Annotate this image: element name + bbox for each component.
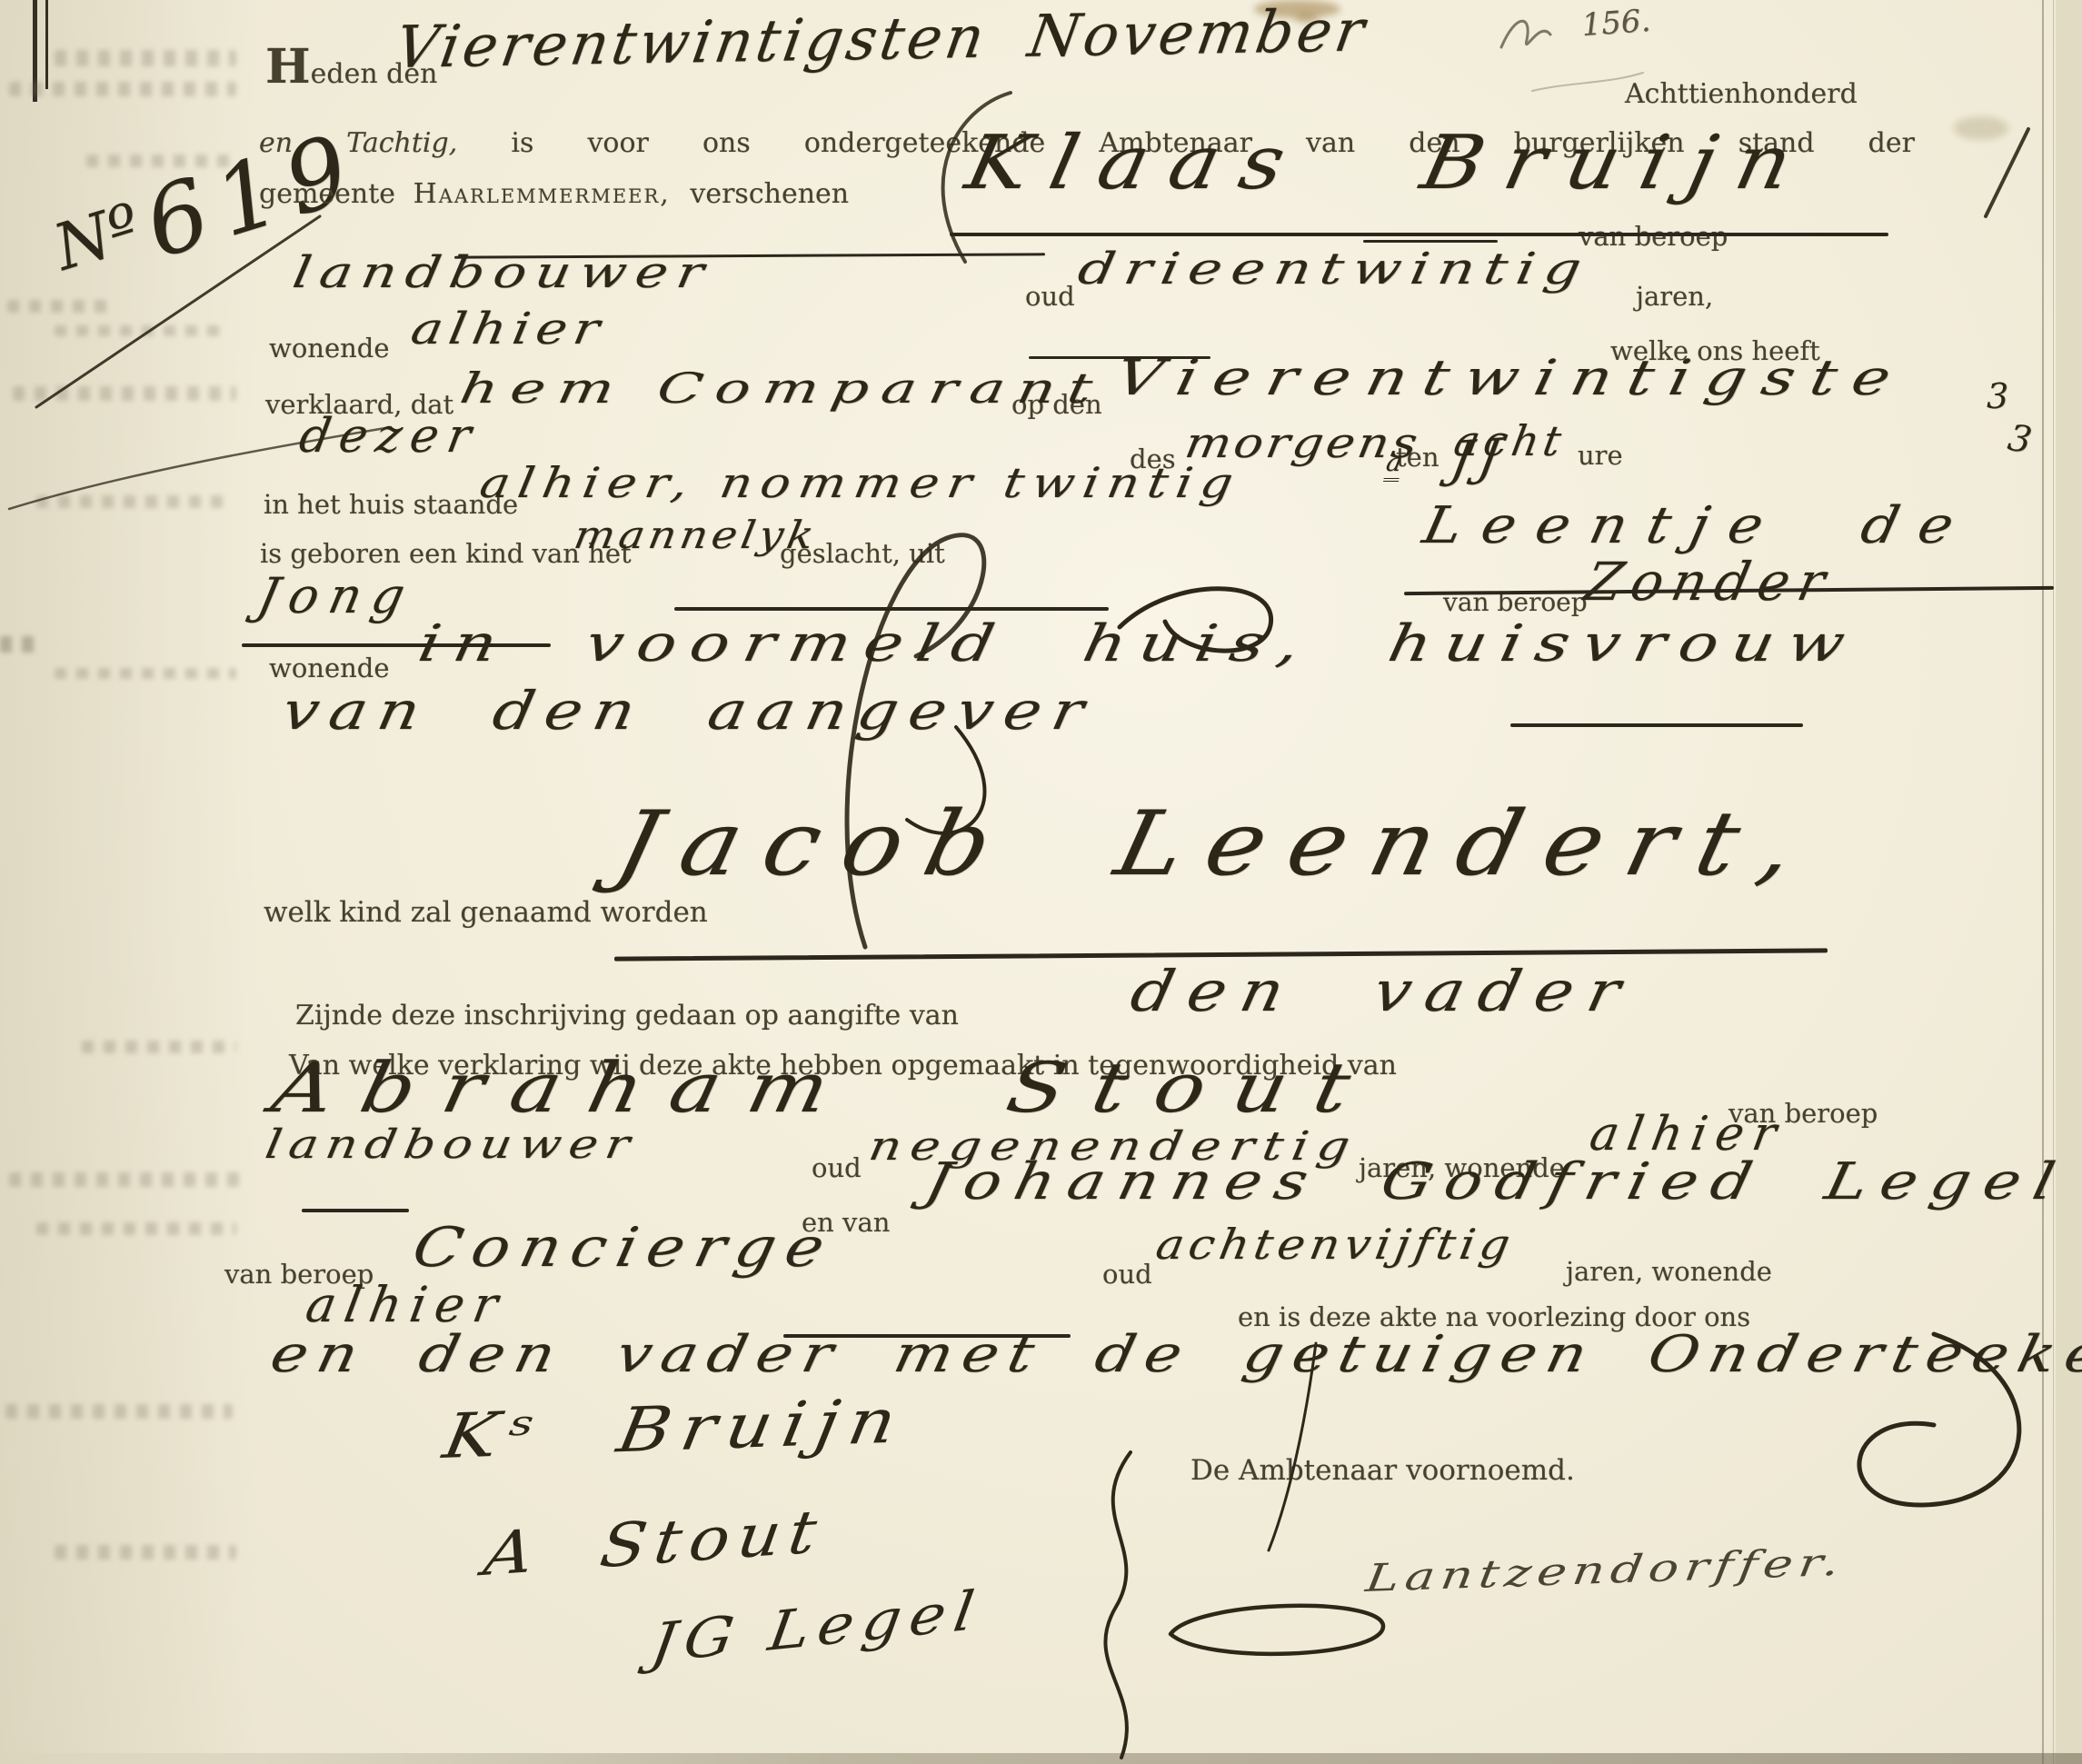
entry-mother-occupation: Zonder [1579,551,1839,613]
form-text-ure: ure [1578,440,1623,471]
entry-aangever: van den aangever [277,680,1100,742]
entry-house-section: JJ [1447,427,1511,488]
filler-line [783,1334,1071,1338]
pen-flourish [1501,21,1550,47]
underline-mother-2 [242,643,551,647]
birth-certificate-page: 156. Nº619 Heden den Achttienhonderd en … [0,0,2082,1764]
underline-declarant [950,233,1888,236]
entry-declarant-name: Klaas Bruijn [959,120,1821,206]
entry-witness2-occupation: Concierge [407,1216,841,1280]
entry-child-name: Jacob Leendert, [607,792,1828,896]
filler-line [1363,240,1498,243]
entry-witness2-name: Johannes Godfried Legel [920,1152,2073,1211]
form-text-oud-1: oud [1025,281,1075,312]
entry-witness1-occupation: landbouwer [262,1121,641,1168]
form-text-zijnde: Zijnde deze inschrijving gedaan op aangi… [295,1000,959,1031]
form-text-gemeente: gemeente [259,178,395,210]
bleedthrough-text [55,668,236,679]
binding-mark-2 [45,0,48,89]
margin-mark: 3 [2005,417,2035,463]
bleedthrough-text [55,1545,236,1560]
filler-line [302,1209,409,1212]
bleedthrough-text [36,495,227,508]
scan-bottom-edge [0,1753,2082,1764]
bleedthrough-text [7,300,116,313]
entry-house: alhier, nommer twintig [476,458,1245,507]
entry-aangifte-door: den vader [1125,958,1641,1024]
bleedthrough-text [9,82,236,96]
signature-registrar: Lantzendorffer. [1363,1540,1848,1600]
bleedthrough-text [9,1172,241,1187]
page-number-annotation: 156. [1580,3,1651,44]
entry-comparant: hem Comparant [456,364,1109,413]
page-edge-line-2 [2053,0,2054,1764]
entry-mother-residence: in voormeld huis, huisvrouw [413,614,1864,673]
page-edge-line [2042,0,2044,1764]
bleedthrough-text [55,325,227,336]
form-text-gemeente-naam: Haarlemmermeer, [413,178,671,210]
form-text-wonende-1: wonende [269,333,390,364]
form-text-jaren-wonende-2: jaren, wonende [1566,1256,1772,1287]
form-text-verschenen: verschenen [690,178,849,210]
bleedthrough-text [36,1222,236,1235]
margin-mark: 3 [1987,376,2008,416]
form-text-welk-kind: welk kind zal genaamd worden [264,896,708,929]
entry-closing-line: en den vader met de getuigen Onderteeken… [265,1325,2082,1384]
entry-witness1-name: Abraham Stout [265,1047,1386,1128]
pen-stroke [1986,129,2028,216]
form-text-ambtenaar-voornoemd: De Ambtenaar voornoemd. [1190,1454,1575,1487]
form-text-van-beroep-1: van beroep [1579,221,1728,252]
entry-declarant-residence: alhier [407,304,610,354]
bleedthrough-text [0,636,36,653]
bleedthrough-text [13,386,236,401]
entry-witness2-age: achtenvijftig [1152,1220,1519,1269]
entry-mother-name-2: Jong [253,567,421,624]
form-text-wonende-2: wonende [269,653,390,683]
entry-child-sex: mannelyk [571,513,822,557]
bleedthrough-text [55,50,236,66]
form-text-achttienhonderd: Achttienhonderd [1625,78,1858,110]
entry-mother-name-1: Leentje de [1418,496,1979,555]
filler-line [1029,356,1210,359]
signature-witness2: JG Legel [647,1579,986,1676]
form-text-oud-3: oud [1102,1259,1152,1290]
signature-declarant: Kˢ Bruijn [438,1385,911,1473]
entry-birth-day: Vierentwintigste [1111,349,1912,406]
form-text-jaren-1: jaren, [1636,281,1713,312]
filler-line [1510,723,1803,727]
filler-line [674,607,1109,611]
signature-witness1: A Stout [480,1496,829,1590]
entry-dezer: dezer [295,409,484,463]
bleedthrough-text [82,1041,236,1053]
form-line-gemeente: gemeente Haarlemmermeer, verschenen [259,178,849,210]
signature-loop [1171,1606,1383,1654]
form-text-en-tachtig: en Tachtig, [259,127,457,159]
bleedthrough-text [5,1404,233,1419]
entry-declarant-age: drieentwintig [1074,244,1594,294]
ink-stain [1954,116,2008,140]
adjacent-page-strip [2056,0,2082,1764]
entry-date: Vierentwintigsten November [391,0,1372,82]
signature-brace [1105,1452,1131,1758]
form-text-oud-2: oud [812,1152,862,1183]
